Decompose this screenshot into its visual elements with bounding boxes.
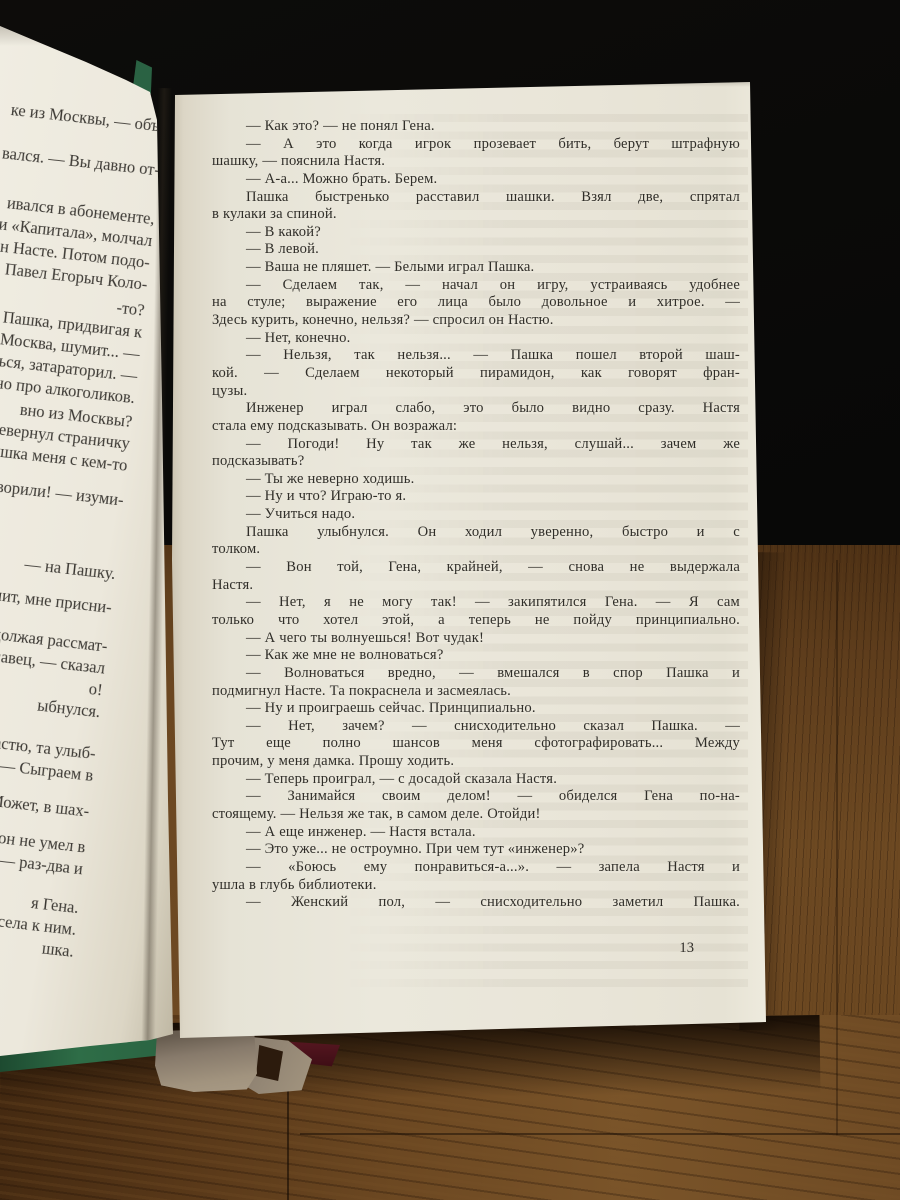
text-line: подсказывать? bbox=[212, 453, 740, 471]
text-line: цузы. bbox=[212, 383, 740, 401]
text-line: кой. — Сделаем некоторый пирамидон, как … bbox=[212, 365, 740, 383]
text-line: — А чего ты волнуешься! Вот чудак! bbox=[212, 630, 740, 648]
text-line: — на Пашку. bbox=[0, 527, 117, 585]
text-line: — Учиться надо. bbox=[212, 506, 740, 524]
text-line: — А еще инженер. — Настя встала. bbox=[212, 824, 740, 842]
text-line: шашку, — пояснила Настя. bbox=[212, 153, 740, 171]
text-line: — А-а... Можно брать. Берем. bbox=[212, 171, 740, 189]
page-number: 13 bbox=[212, 940, 740, 957]
text-line: прочим, у меня дамка. Прошу ходить. bbox=[212, 753, 740, 771]
text-line: — Нет, я не могу так! — закипятился Гена… bbox=[212, 594, 740, 612]
text-line: — Женский пол, — снисходительно заметил … bbox=[212, 894, 740, 912]
text-line: подмигнул Насте. Та покраснела и засмеял… bbox=[212, 683, 740, 701]
text-line: — Ваша не пляшет. — Белыми играл Пашка. bbox=[212, 259, 740, 277]
text-line: Тут еще полно шансов меня сфотографирова… bbox=[212, 735, 740, 753]
text-line: — Как это? — не понял Гена. bbox=[212, 118, 740, 136]
text-line: толком. bbox=[212, 541, 740, 559]
text-line: ушла в глубь библиотеки. bbox=[212, 877, 740, 895]
text-line: Настя. bbox=[212, 577, 740, 595]
text-line: — Занимайся своим делом! — обиделся Гена… bbox=[212, 788, 740, 806]
left-page-text: ке из Москвы, — объ-вался. — Вы давно от… bbox=[0, 80, 166, 963]
text-line: — Погоди! Ну так же нельзя, слушай... за… bbox=[212, 436, 740, 454]
text-line: Инженер играл слабо, это было видно сраз… bbox=[212, 400, 740, 418]
text-line: ке из Москвы, — объ- bbox=[0, 80, 166, 138]
bookmark-ribbon-hole bbox=[256, 1045, 283, 1081]
text-line: — «Боюсь ему понравиться-а...». — запела… bbox=[212, 859, 740, 877]
text-line: — Как же мне не волноваться? bbox=[212, 647, 740, 665]
right-page-text: — Как это? — не понял Гена.— А это когда… bbox=[212, 118, 740, 912]
text-line: — Нельзя, так нельзя... — Пашка пошел вт… bbox=[212, 347, 740, 365]
text-line: только что хотел этой, а теперь не пойду… bbox=[212, 612, 740, 630]
text-line: — Ну и проиграешь сейчас. Принципиально. bbox=[212, 700, 740, 718]
text-line: Здесь курить, конечно, нельзя? — спросил… bbox=[212, 312, 740, 330]
photo-canvas: ке из Москвы, — объ-вался. — Вы давно от… bbox=[0, 0, 900, 1200]
text-line: — В левой. bbox=[212, 241, 740, 259]
text-line: стала ему подсказывать. Он возражал: bbox=[212, 418, 740, 436]
text-line: — А это когда игрок прозевает бить, беру… bbox=[212, 136, 740, 154]
text-line: — Нет, конечно. bbox=[212, 330, 740, 348]
text-line: Пашка улыбнулся. Он ходил уверенно, быст… bbox=[212, 524, 740, 542]
text-line: Пашка быстренько расставил шашки. Взял д… bbox=[212, 189, 740, 207]
text-line: — В какой? bbox=[212, 224, 740, 242]
text-line: стоящему. — Нельзя же так, в самом деле.… bbox=[212, 806, 740, 824]
text-line: — Вон той, Гена, крайней, — снова не выд… bbox=[212, 559, 740, 577]
text-line: — Ты же неверно ходишь. bbox=[212, 471, 740, 489]
text-line: — Это уже... не остроумно. При чем тут «… bbox=[212, 841, 740, 859]
text-line: — Ну и что? Играю-то я. bbox=[212, 488, 740, 506]
text-line: на стуле; выражение его лица было доволь… bbox=[212, 294, 740, 312]
text-line: — Нет, зачем? — снисходительно сказал Па… bbox=[212, 718, 740, 736]
text-line: — Волноваться вредно, — вмешался в спор … bbox=[212, 665, 740, 683]
plank-seam bbox=[836, 560, 838, 1135]
text-line: — Теперь проиграл, — с досадой сказала Н… bbox=[212, 771, 740, 789]
text-line: в кулаки за спиной. bbox=[212, 206, 740, 224]
plank-seam bbox=[300, 1133, 900, 1135]
right-page: — Как это? — не понял Гена.— А это когда… bbox=[168, 78, 772, 1043]
text-line: — Сделаем так, — начал он игру, устраива… bbox=[212, 277, 740, 295]
